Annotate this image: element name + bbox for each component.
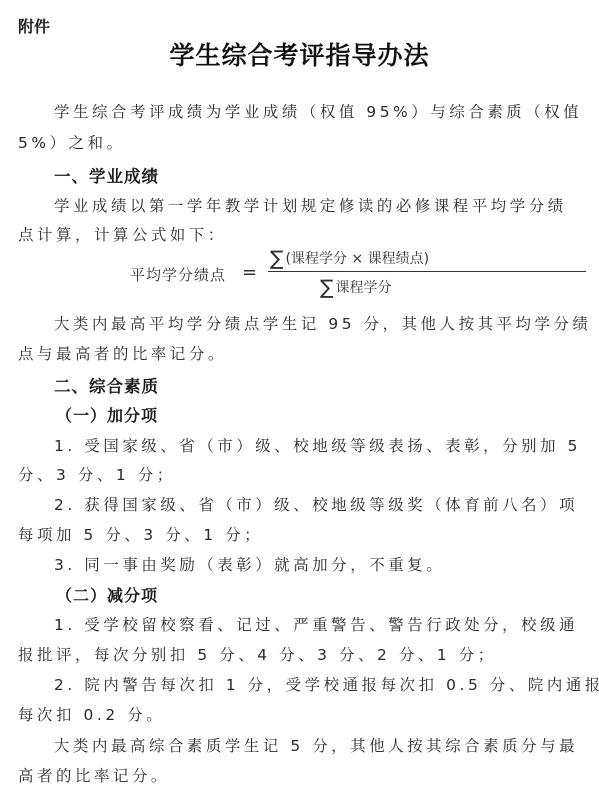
- academic-para-line-2: 点计算，计算公式如下：: [18, 223, 227, 245]
- numerator-text: (课程学分 × 课程绩点): [285, 251, 429, 267]
- sigma-icon: ∑: [320, 275, 333, 299]
- quality-closing-line-1: 大类内最高综合素质学生记 5 分，其他人按其综合素质分与最: [54, 734, 578, 756]
- deduction-item-2-line-1: 2. 院内警告每次扣 1 分，受学校通报每次扣 0.5 分、院内通报: [54, 673, 599, 695]
- academic-para-line-1: 学业成绩以第一学年教学计划规定修读的必修课程平均学分绩: [54, 194, 567, 216]
- academic-score-line-2: 点与最高者的比率记分。: [18, 342, 227, 364]
- deduction-item-1-line-1: 1. 受学校留校察看、记过、严重警告、警告行政处分，校级通: [54, 613, 578, 635]
- intro-line-2: 5%）之和。: [18, 131, 126, 153]
- bonus-item-3: 3. 同一事由奖励（表彰）就高加分，不重复。: [54, 553, 445, 575]
- page-title: 学生综合考评指导办法: [0, 36, 599, 72]
- bonus-item-2-line-1: 2. 获得国家级、省（市）级、校地级等级奖（体育前八名）项: [54, 493, 578, 515]
- subheading-deduction: （二）减分项: [56, 583, 158, 606]
- fraction-bar: [268, 271, 586, 272]
- bonus-item-1-line-2: 分、3 分、1 分；: [18, 463, 176, 485]
- bonus-item-1-line-1: 1. 受国家级、省（市）级、校地级等级表扬、表彰，分别加 5: [54, 434, 581, 456]
- quality-closing-line-2: 高者的比率记分。: [18, 764, 170, 786]
- section-heading-quality: 二、综合素质: [54, 373, 159, 397]
- subheading-bonus: （一）加分项: [56, 403, 158, 426]
- gpa-formula: 平均学分绩点 = ∑(课程学分 × 课程绩点) ∑课程学分: [130, 246, 490, 306]
- formula-denominator: ∑课程学分: [320, 275, 391, 299]
- formula-equals: =: [242, 262, 257, 283]
- formula-lhs: 平均学分绩点: [130, 264, 226, 285]
- denominator-text: 课程学分: [335, 280, 391, 296]
- formula-numerator: ∑(课程学分 × 课程绩点): [270, 246, 429, 270]
- deduction-item-2-line-2: 每次扣 0.2 分。: [18, 703, 165, 725]
- attachment-label: 附件: [18, 14, 50, 37]
- section-heading-academic: 一、学业成绩: [54, 163, 159, 187]
- bonus-item-2-line-2: 每项加 5 分、3 分、1 分；: [18, 523, 263, 545]
- deduction-item-1-line-2: 报批评，每次分别扣 5 分、4 分、3 分、2 分、1 分；: [18, 643, 497, 665]
- intro-line-1: 学生综合考评成绩为学业成绩（权值 95%）与综合素质（权值: [54, 100, 582, 122]
- academic-score-line-1: 大类内最高平均学分绩点学生记 95 分，其他人按其平均学分绩: [54, 312, 592, 334]
- sigma-icon: ∑: [270, 246, 283, 270]
